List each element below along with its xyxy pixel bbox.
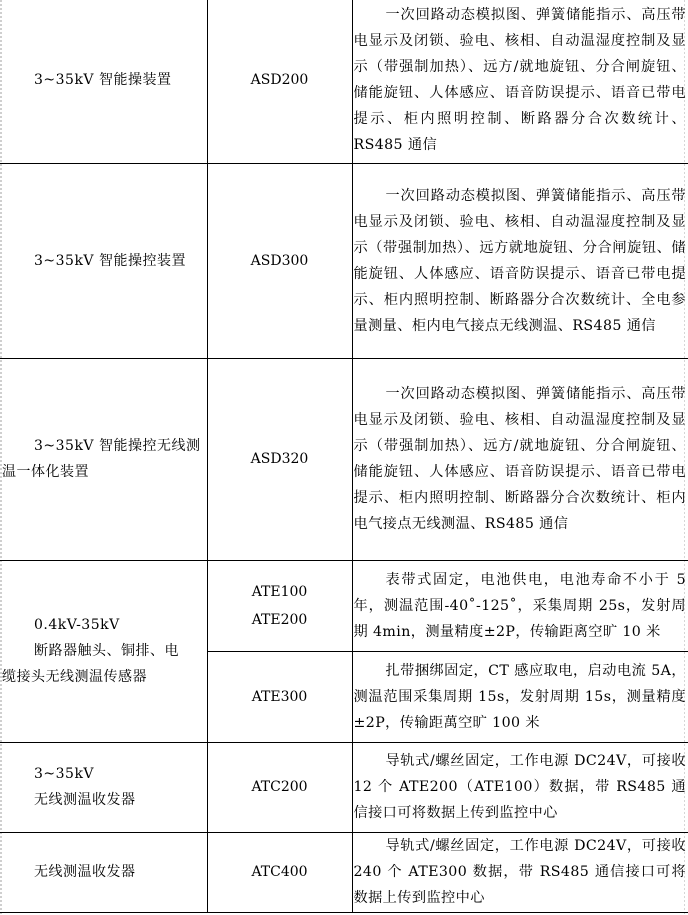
model-cell: ASD200 [207, 0, 352, 163]
model-number: ATC400 [208, 859, 352, 885]
model-cell: ATC200 [207, 742, 352, 832]
model-number: ATE200 [208, 606, 352, 634]
product-name-line: 断路器触头、铜排、电 [2, 638, 207, 664]
description-cell: 一次回路动态模拟图、弹簧储能指示、高压带电显示及闭锁、验电、核相、自动温湿度控制… [352, 0, 688, 163]
description-cell: 扎带捆绑固定，CT 感应取电，启动电流 5A，测温范围采集周期 15s，发射周期… [352, 651, 688, 742]
description-cell: 导轨式/螺丝固定，工作电源 DC24V，可接收 240 个 ATE300 数据，… [352, 832, 688, 912]
model-cell: ATE100 ATE200 [207, 560, 352, 651]
model-number: ASD200 [208, 67, 352, 93]
product-name-line: 3~35kV [2, 761, 207, 787]
product-name-line: 无线测温收发器 [2, 787, 207, 813]
model-number: ATE100 [208, 578, 352, 606]
product-name-cell: 0.4kV-35kV 断路器触头、铜排、电 缆接头无线测温传感器 [0, 560, 207, 742]
product-description: 一次回路动态模拟图、弹簧储能指示、高压带电显示及闭锁、验电、核相、自动温湿度控制… [353, 381, 688, 537]
description-cell: 表带式固定，电池供电，电池寿命不小于 5 年，测温范围-40˚-125˚，采集周… [352, 560, 688, 651]
product-name-cell: 3~35kV 智能操控装置 [0, 163, 207, 358]
product-description: 导轨式/螺丝固定，工作电源 DC24V，可接收 12 个 ATE200（ATE1… [353, 748, 688, 826]
product-description: 一次回路动态模拟图、弹簧储能指示、高压带电显示及闭锁、验电、核相、自动温湿度控制… [353, 183, 688, 339]
table-row: 3~35kV 无线测温收发器 ATC200 导轨式/螺丝固定，工作电源 DC24… [0, 742, 688, 832]
model-number: ASD300 [208, 248, 352, 274]
product-name-line: 温一体化装置 [2, 459, 207, 485]
product-name: 3~35kV 无线测温收发器 [0, 761, 207, 813]
product-spec-table: 3~35kV 智能操装置 ASD200 一次回路动态模拟图、弹簧储能指示、高压带… [0, 0, 688, 913]
model-cell: ATE300 [207, 651, 352, 742]
product-name: 3~35kV 智能操控装置 [0, 248, 207, 274]
product-name-line: 缆接头无线测温传感器 [2, 664, 207, 690]
product-name-line: 0.4kV-35kV [2, 612, 207, 638]
product-name-cell: 无线测温收发器 [0, 832, 207, 912]
product-description: 表带式固定，电池供电，电池寿命不小于 5 年，测温范围-40˚-125˚，采集周… [353, 567, 688, 645]
model-cell: ATC400 [207, 832, 352, 912]
product-name-cell: 3~35kV 智能操控无线测 温一体化装置 [0, 358, 207, 560]
table-row: 3~35kV 智能操控装置 ASD300 一次回路动态模拟图、弹簧储能指示、高压… [0, 163, 688, 358]
table-row: 无线测温收发器 ATC400 导轨式/螺丝固定，工作电源 DC24V，可接收 2… [0, 832, 688, 912]
model-number: ATE300 [208, 684, 352, 710]
product-description: 导轨式/螺丝固定，工作电源 DC24V，可接收 240 个 ATE300 数据，… [353, 833, 688, 911]
description-cell: 一次回路动态模拟图、弹簧储能指示、高压带电显示及闭锁、验电、核相、自动温湿度控制… [352, 163, 688, 358]
description-cell: 导轨式/螺丝固定，工作电源 DC24V，可接收 12 个 ATE200（ATE1… [352, 742, 688, 832]
product-name: 无线测温收发器 [0, 859, 207, 885]
product-name: 0.4kV-35kV 断路器触头、铜排、电 缆接头无线测温传感器 [0, 612, 207, 690]
product-name: 3~35kV 智能操装置 [0, 67, 207, 93]
product-name-cell: 3~35kV 智能操装置 [0, 0, 207, 163]
model-number: ATC200 [208, 774, 352, 800]
product-name-cell: 3~35kV 无线测温收发器 [0, 742, 207, 832]
product-name-line: 3~35kV 智能操控无线测 [2, 433, 207, 459]
table-row: 0.4kV-35kV 断路器触头、铜排、电 缆接头无线测温传感器 ATE100 … [0, 560, 688, 651]
description-cell: 一次回路动态模拟图、弹簧储能指示、高压带电显示及闭锁、验电、核相、自动温湿度控制… [352, 358, 688, 560]
product-name: 3~35kV 智能操控无线测 温一体化装置 [0, 433, 207, 485]
model-cell: ASD300 [207, 163, 352, 358]
product-description: 扎带捆绑固定，CT 感应取电，启动电流 5A，测温范围采集周期 15s，发射周期… [353, 658, 688, 736]
model-cell: ASD320 [207, 358, 352, 560]
table-row: 3~35kV 智能操控无线测 温一体化装置 ASD320 一次回路动态模拟图、弹… [0, 358, 688, 560]
product-description: 一次回路动态模拟图、弹簧储能指示、高压带电显示及闭锁、验电、核相、自动温湿度控制… [353, 2, 688, 158]
table-row: 3~35kV 智能操装置 ASD200 一次回路动态模拟图、弹簧储能指示、高压带… [0, 0, 688, 163]
model-number: ASD320 [208, 446, 352, 472]
